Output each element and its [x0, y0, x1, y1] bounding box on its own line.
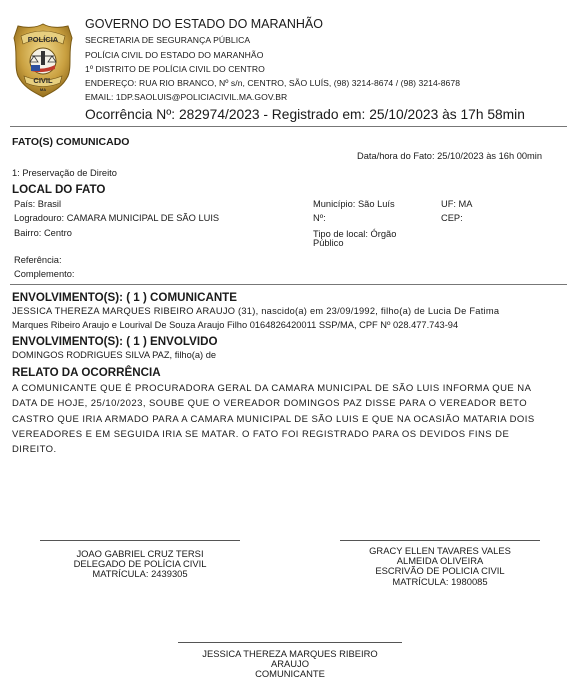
local-logradouro: Logradouro: CAMARA MUNICIPAL DE SÃO LUIS	[14, 213, 219, 223]
header-title: GOVERNO DO ESTADO DO MARANHÃO	[85, 17, 323, 31]
header-secretaria: SECRETARIA DE SEGURANÇA PÚBLICA	[85, 35, 250, 45]
relato-line: CASTRO QUE IRIA ARMADO PARA A CAMARA MUN…	[12, 412, 567, 427]
local-tipo-line2: Público	[313, 239, 396, 248]
local-uf: UF: MA	[441, 199, 473, 209]
signature-escrivao: GRACY ELLEN TAVARES VALES ALMEIDA OLIVEI…	[340, 540, 540, 587]
occurrence-number: Ocorrência Nº: 282974/2023 - Registrado …	[85, 107, 525, 122]
signature-delegado: JOAO GABRIEL CRUZ TERSI DELEGADO DE POLÍ…	[40, 540, 240, 580]
envolvido-line1: DOMINGOS RODRIGUES SILVA PAZ, filho(a) d…	[12, 350, 216, 360]
header-email: EMAIL: 1DP.SAOLUIS@POLICIACIVIL.MA.GOV.B…	[85, 92, 287, 102]
header-distrito: 1º DISTRITO DE POLÍCIA CIVIL DO CENTRO	[85, 64, 265, 74]
signature-line	[40, 540, 240, 541]
relato-line: VEREADORES E EM SEGUIDA IRIA SE MATAR. O…	[12, 427, 567, 442]
relato-line: DIREITO.	[12, 442, 567, 457]
local-bairro: Bairro: Centro	[14, 228, 72, 238]
signature-line	[340, 540, 540, 541]
signature-comunicante: JESSICA THEREZA MARQUES RIBEIRO ARAUJO C…	[178, 642, 402, 680]
local-municipio: Município: São Luís	[313, 199, 395, 209]
comunicante-heading: ENVOLVIMENTO(S): ( 1 ) COMUNICANTE	[12, 291, 237, 304]
delegado-matricula: MATRÍCULA: 2439305	[40, 569, 240, 579]
divider	[10, 126, 567, 127]
comunicante-sig-role: COMUNICANTE	[178, 669, 402, 679]
svg-text:MA: MA	[40, 87, 46, 92]
local-tipo: Tipo de local: Órgão Público	[313, 230, 396, 248]
header-address: ENDEREÇO: RUA RIO BRANCO, Nº s/n, CENTRO…	[85, 78, 460, 88]
comunicante-line2: Marques Ribeiro Araujo e Lourival De Sou…	[12, 320, 458, 330]
local-referencia: Referência:	[14, 255, 62, 265]
fato-item: 1: Preservação de Direito	[12, 168, 117, 178]
svg-text:POLÍCIA: POLÍCIA	[28, 35, 59, 44]
header-policia: POLÍCIA CIVIL DO ESTADO DO MARANHÃO	[85, 50, 263, 60]
signature-line	[178, 642, 402, 643]
local-numero: Nº:	[313, 213, 326, 223]
fato-heading: FATO(S) COMUNICADO	[12, 136, 129, 148]
svg-text:CIVIL: CIVIL	[33, 76, 53, 85]
local-pais: País: Brasil	[14, 199, 61, 209]
local-cep: CEP:	[441, 213, 463, 223]
fato-datetime: Data/hora do Fato: 25/10/2023 às 16h 00m…	[357, 151, 542, 161]
comunicante-line1: JESSICA THEREZA MARQUES RIBEIRO ARAUJO (…	[12, 306, 499, 316]
local-heading: LOCAL DO FATO	[12, 183, 105, 196]
local-complemento: Complemento:	[14, 269, 74, 279]
escrivao-matricula: MATRÍCULA: 1980085	[340, 577, 540, 587]
relato-line: DATA DE HOJE, 25/10/2023, SOUBE QUE O VE…	[12, 396, 567, 411]
police-badge-icon: POLÍCIA CIVIL MA	[12, 22, 74, 98]
divider	[10, 284, 567, 285]
relato-line: A COMUNICANTE QUE É PROCURADORA GERAL DA…	[12, 381, 567, 396]
envolvido-heading: ENVOLVIMENTO(S): ( 1 ) ENVOLVIDO	[12, 335, 217, 348]
relato-text: A COMUNICANTE QUE É PROCURADORA GERAL DA…	[12, 381, 567, 457]
relato-heading: RELATO DA OCORRÊNCIA	[12, 366, 161, 379]
